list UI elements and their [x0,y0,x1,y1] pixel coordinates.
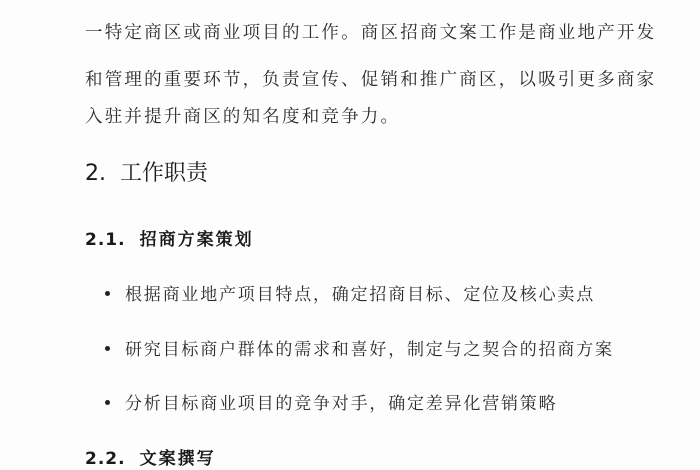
list-item-text: 分析目标商业项目的竞争对手，确定差异化营销策略 [125,394,557,414]
subsection-heading-leasing-plan: 2.1.招商方案策划 [85,229,254,251]
section-heading-work-duties: 2.工作职责 [85,160,208,188]
paragraph-line: 入驻并提升商区的知名度和竞争力。 [85,106,400,128]
bullet-icon [105,291,110,296]
section-number: 2. [85,161,106,186]
list-item: 根据商业地产项目特点，确定招商目标、定位及核心卖点 [105,284,595,306]
document-page: 一特定商区或商业项目的工作。商区招商文案工作是商业地产开发 和管理的重要环节，负… [0,0,700,470]
bullet-icon [105,400,110,405]
subsection-heading-copywriting: 2.2.文案撰写 [85,448,216,470]
list-item: 研究目标商户群体的需求和喜好，制定与之契合的招商方案 [105,339,614,361]
bullet-icon [105,346,110,351]
section-title: 工作职责 [120,161,208,186]
list-item: 分析目标商业项目的竞争对手，确定差异化营销策略 [105,393,557,415]
subsection-title: 招商方案策划 [140,230,254,250]
subsection-title: 文案撰写 [140,449,216,469]
subsection-number: 2.1. [85,230,126,250]
paragraph-line: 一特定商区或商业项目的工作。商区招商文案工作是商业地产开发 [85,22,656,44]
paragraph-line: 和管理的重要环节，负责宣传、促销和推广商区，以吸引更多商家 [85,69,656,91]
subsection-number: 2.2. [85,449,126,469]
list-item-text: 根据商业地产项目特点，确定招商目标、定位及核心卖点 [125,285,595,305]
list-item-text: 研究目标商户群体的需求和喜好，制定与之契合的招商方案 [125,340,614,360]
